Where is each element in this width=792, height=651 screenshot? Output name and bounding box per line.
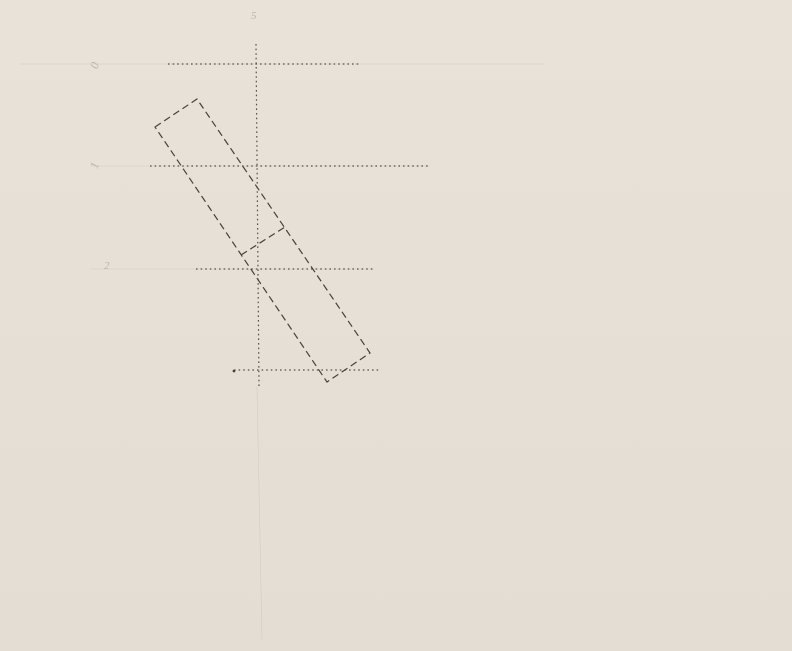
vertical-dotted-line [256,44,259,386]
faint-guide-lines [20,64,545,640]
horizontal-dotted-lines [150,64,430,370]
drawing [0,0,792,651]
paper-sheet: 0 1 2 5 [0,0,792,651]
dashed-rectangle [155,99,370,382]
